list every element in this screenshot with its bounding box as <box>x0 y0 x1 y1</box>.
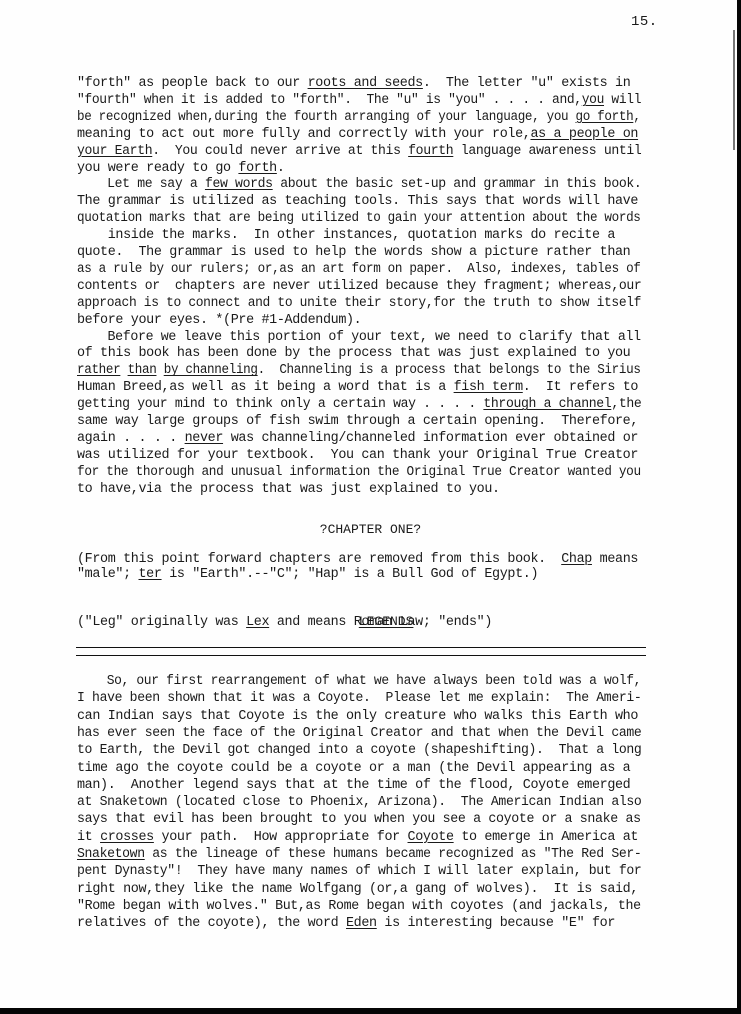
text-run: will <box>604 93 641 108</box>
text-run: time ago the coyote could be a coyote or… <box>77 761 630 776</box>
text-line: be recognized when,during the fourth arr… <box>77 110 641 126</box>
text-line: ("Leg" originally was Lex and means Roma… <box>77 615 492 631</box>
text-line: pent Dynasty"! They have many names of w… <box>77 864 641 880</box>
text-run: meaning to act out more fully and correc… <box>77 127 530 142</box>
text-run: for the thorough and unusual information… <box>77 465 641 480</box>
text-line: quote. The grammar is used to help the w… <box>77 245 630 261</box>
text-run: says that evil has been brought to you w… <box>77 812 641 827</box>
text-run: . You could never arrive at this <box>152 144 408 159</box>
divider-rule <box>76 655 646 656</box>
scan-border-right <box>737 0 741 1014</box>
text-run: contents or chapters are never utilized … <box>77 279 641 294</box>
text-run: it <box>77 830 100 845</box>
text-line: can Indian says that Coyote is the only … <box>77 709 638 725</box>
text-run: "forth" as people back to our <box>77 76 308 91</box>
text-line: same way large groups of fish swim throu… <box>77 414 638 430</box>
text-run: , <box>633 110 640 125</box>
text-run: inside the marks. In other instances, qu… <box>77 228 615 243</box>
text-run: pent Dynasty"! They have many names of w… <box>77 864 641 879</box>
underlined-phrase: by channeling <box>164 363 258 378</box>
text-run: approach is to connect and to unite thei… <box>77 296 641 311</box>
text-line: has ever seen the face of the Original C… <box>77 726 641 742</box>
scan-artifact <box>733 30 735 150</box>
text-run: "fourth" when it is added to "forth". Th… <box>77 93 582 108</box>
text-line: inside the marks. In other instances, qu… <box>77 228 615 244</box>
text-run: "Rome began with wolves." But,as Rome be… <box>77 899 641 914</box>
text-line: getting your mind to think only a certai… <box>77 397 641 413</box>
text-line: to have,via the process that was just ex… <box>77 482 500 498</box>
text-run: about the basic set-up and grammar in th… <box>273 177 642 192</box>
text-run: Before we leave this portion of your tex… <box>77 330 641 345</box>
text-line: it crosses your path. How appropriate fo… <box>77 830 638 846</box>
underlined-phrase: your Earth <box>77 144 152 159</box>
scan-border-bottom <box>0 1008 741 1014</box>
text-line: So, our first rearrangement of what we h… <box>77 674 641 690</box>
text-line: "forth" as people back to our roots and … <box>77 76 630 92</box>
text-run: you were ready to go <box>77 161 238 176</box>
text-run: to have,via the process that was just ex… <box>77 482 500 497</box>
underlined-phrase: rather <box>77 363 120 378</box>
text-line: at Snaketown (located close to Phoenix, … <box>77 795 641 811</box>
text-line: to Earth, the Devil got changed into a c… <box>77 743 641 759</box>
text-line: I have been shown that it was a Coyote. … <box>77 691 641 707</box>
text-run: I have been shown that it was a Coyote. … <box>77 691 641 706</box>
divider-rule <box>76 647 646 648</box>
text-run: quotation marks that are being utilized … <box>77 211 641 226</box>
text-run: So, our first rearrangement of what we h… <box>77 674 641 689</box>
text-line: "fourth" when it is added to "forth". Th… <box>77 93 641 109</box>
text-run: at Snaketown (located close to Phoenix, … <box>77 795 641 810</box>
text-run: . The letter "u" exists in <box>423 76 631 91</box>
text-run: means <box>592 552 638 567</box>
text-line: you were ready to go forth. <box>77 161 285 177</box>
text-run: The grammar is utilized as teaching tool… <box>77 194 638 209</box>
text-run: and means Roman Law; "ends") <box>269 615 492 630</box>
text-line: Human Breed,as well as it being a word t… <box>77 380 638 396</box>
text-line: man). Another legend says that at the ti… <box>77 778 630 794</box>
text-line: "Rome began with wolves." But,as Rome be… <box>77 899 641 915</box>
text-run: language awareness until <box>453 144 641 159</box>
text-line: Before we leave this portion of your tex… <box>77 330 641 346</box>
text-line: was utilized for your textbook. You can … <box>77 448 638 464</box>
text-run: is "Earth".--"C"; "Hap" is a Bull God of… <box>162 567 539 582</box>
underlined-phrase: never <box>185 431 223 446</box>
text-run: to emerge in America at <box>454 830 638 845</box>
text-run: has ever seen the face of the Original C… <box>77 726 641 741</box>
text-run: Human Breed,as well as it being a word t… <box>77 380 454 395</box>
text-run: as the lineage of these humans became re… <box>145 847 642 862</box>
text-line: as a rule by our rulers; or,as an art fo… <box>77 262 641 278</box>
text-run: . <box>277 161 285 176</box>
text-line: again . . . . never was channeling/chann… <box>77 431 638 447</box>
underlined-phrase: through a channel <box>483 397 611 412</box>
underlined-phrase: go forth <box>576 110 634 125</box>
text-run: "male"; <box>77 567 139 582</box>
text-run: your path. How appropriate for <box>154 830 408 845</box>
text-run: same way large groups of fish swim throu… <box>77 414 638 429</box>
text-run <box>120 363 127 378</box>
text-line: The grammar is utilized as teaching tool… <box>77 194 638 210</box>
text-line: contents or chapters are never utilized … <box>77 279 641 295</box>
text-run: was channeling/channeled information eve… <box>223 431 638 446</box>
text-run: ,the <box>611 397 641 412</box>
text-run: before your eyes. *(Pre #1-Addendum). <box>77 313 361 328</box>
text-run: (From this point forward chapters are re… <box>77 552 561 567</box>
text-line: right now,they like the name Wolfgang (o… <box>77 882 638 898</box>
text-run: can Indian says that Coyote is the only … <box>77 709 638 724</box>
underlined-phrase: you <box>582 93 604 108</box>
underlined-phrase: ter <box>139 567 162 582</box>
text-line: "male"; ter is "Earth".--"C"; "Hap" is a… <box>77 567 538 583</box>
text-run: again . . . . <box>77 431 185 446</box>
text-run: is interesting because "E" for <box>377 916 615 931</box>
text-line: time ago the coyote could be a coyote or… <box>77 761 630 777</box>
underlined-phrase: crosses <box>100 830 154 845</box>
text-run: ("Leg" originally was <box>77 615 246 630</box>
text-run: right now,they like the name Wolfgang (o… <box>77 882 638 897</box>
text-line: says that evil has been brought to you w… <box>77 812 641 828</box>
text-line: your Earth. You could never arrive at th… <box>77 144 641 160</box>
document-page: 15. "forth" as people back to our roots … <box>0 0 741 1014</box>
text-line: approach is to connect and to unite thei… <box>77 296 641 312</box>
text-line: meaning to act out more fully and correc… <box>77 127 638 143</box>
text-run: quote. The grammar is used to help the w… <box>77 245 630 260</box>
underlined-phrase: few words <box>205 177 273 192</box>
page-number: 15. <box>631 14 658 30</box>
text-line: Let me say a few words about the basic s… <box>77 177 641 193</box>
underlined-phrase: Chap <box>561 552 592 567</box>
text-run: of this book has been done by the proces… <box>77 346 630 361</box>
underlined-phrase: fourth <box>408 144 453 159</box>
text-run: Let me say a <box>77 177 205 192</box>
text-line: Snaketown as the lineage of these humans… <box>77 847 641 863</box>
text-run: as a rule by our rulers; or,as an art fo… <box>77 262 641 277</box>
text-line: relatives of the coyote), the word Eden … <box>77 916 615 932</box>
text-line: before your eyes. *(Pre #1-Addendum). <box>77 313 361 329</box>
text-line: quotation marks that are being utilized … <box>77 211 641 227</box>
text-line: for the thorough and unusual information… <box>77 465 641 481</box>
text-run: . Channeling is a process that belongs t… <box>258 363 641 378</box>
underlined-phrase: Coyote <box>408 830 454 845</box>
text-line: of this book has been done by the proces… <box>77 346 630 362</box>
underlined-phrase: forth <box>238 161 276 176</box>
text-run: to Earth, the Devil got changed into a c… <box>77 743 641 758</box>
text-run: be recognized when,during the fourth arr… <box>77 110 576 125</box>
underlined-phrase: Snaketown <box>77 847 145 862</box>
underlined-phrase: roots and seeds <box>308 76 423 91</box>
underlined-phrase: than <box>128 363 157 378</box>
underlined-phrase: fish term <box>454 380 523 395</box>
text-line: rather than by channeling. Channeling is… <box>77 363 641 379</box>
text-line: (From this point forward chapters are re… <box>77 552 638 568</box>
underlined-phrase: Lex <box>246 615 269 630</box>
text-run: relatives of the coyote), the word <box>77 916 346 931</box>
underlined-phrase: Eden <box>346 916 377 931</box>
text-run: getting your mind to think only a certai… <box>77 397 483 412</box>
text-run: man). Another legend says that at the ti… <box>77 778 630 793</box>
chapter-heading: ?CHAPTER ONE? <box>0 522 741 537</box>
text-run: . It refers to <box>523 380 638 395</box>
underlined-phrase: as a people on <box>530 127 638 142</box>
text-run: was utilized for your textbook. You can … <box>77 448 638 463</box>
